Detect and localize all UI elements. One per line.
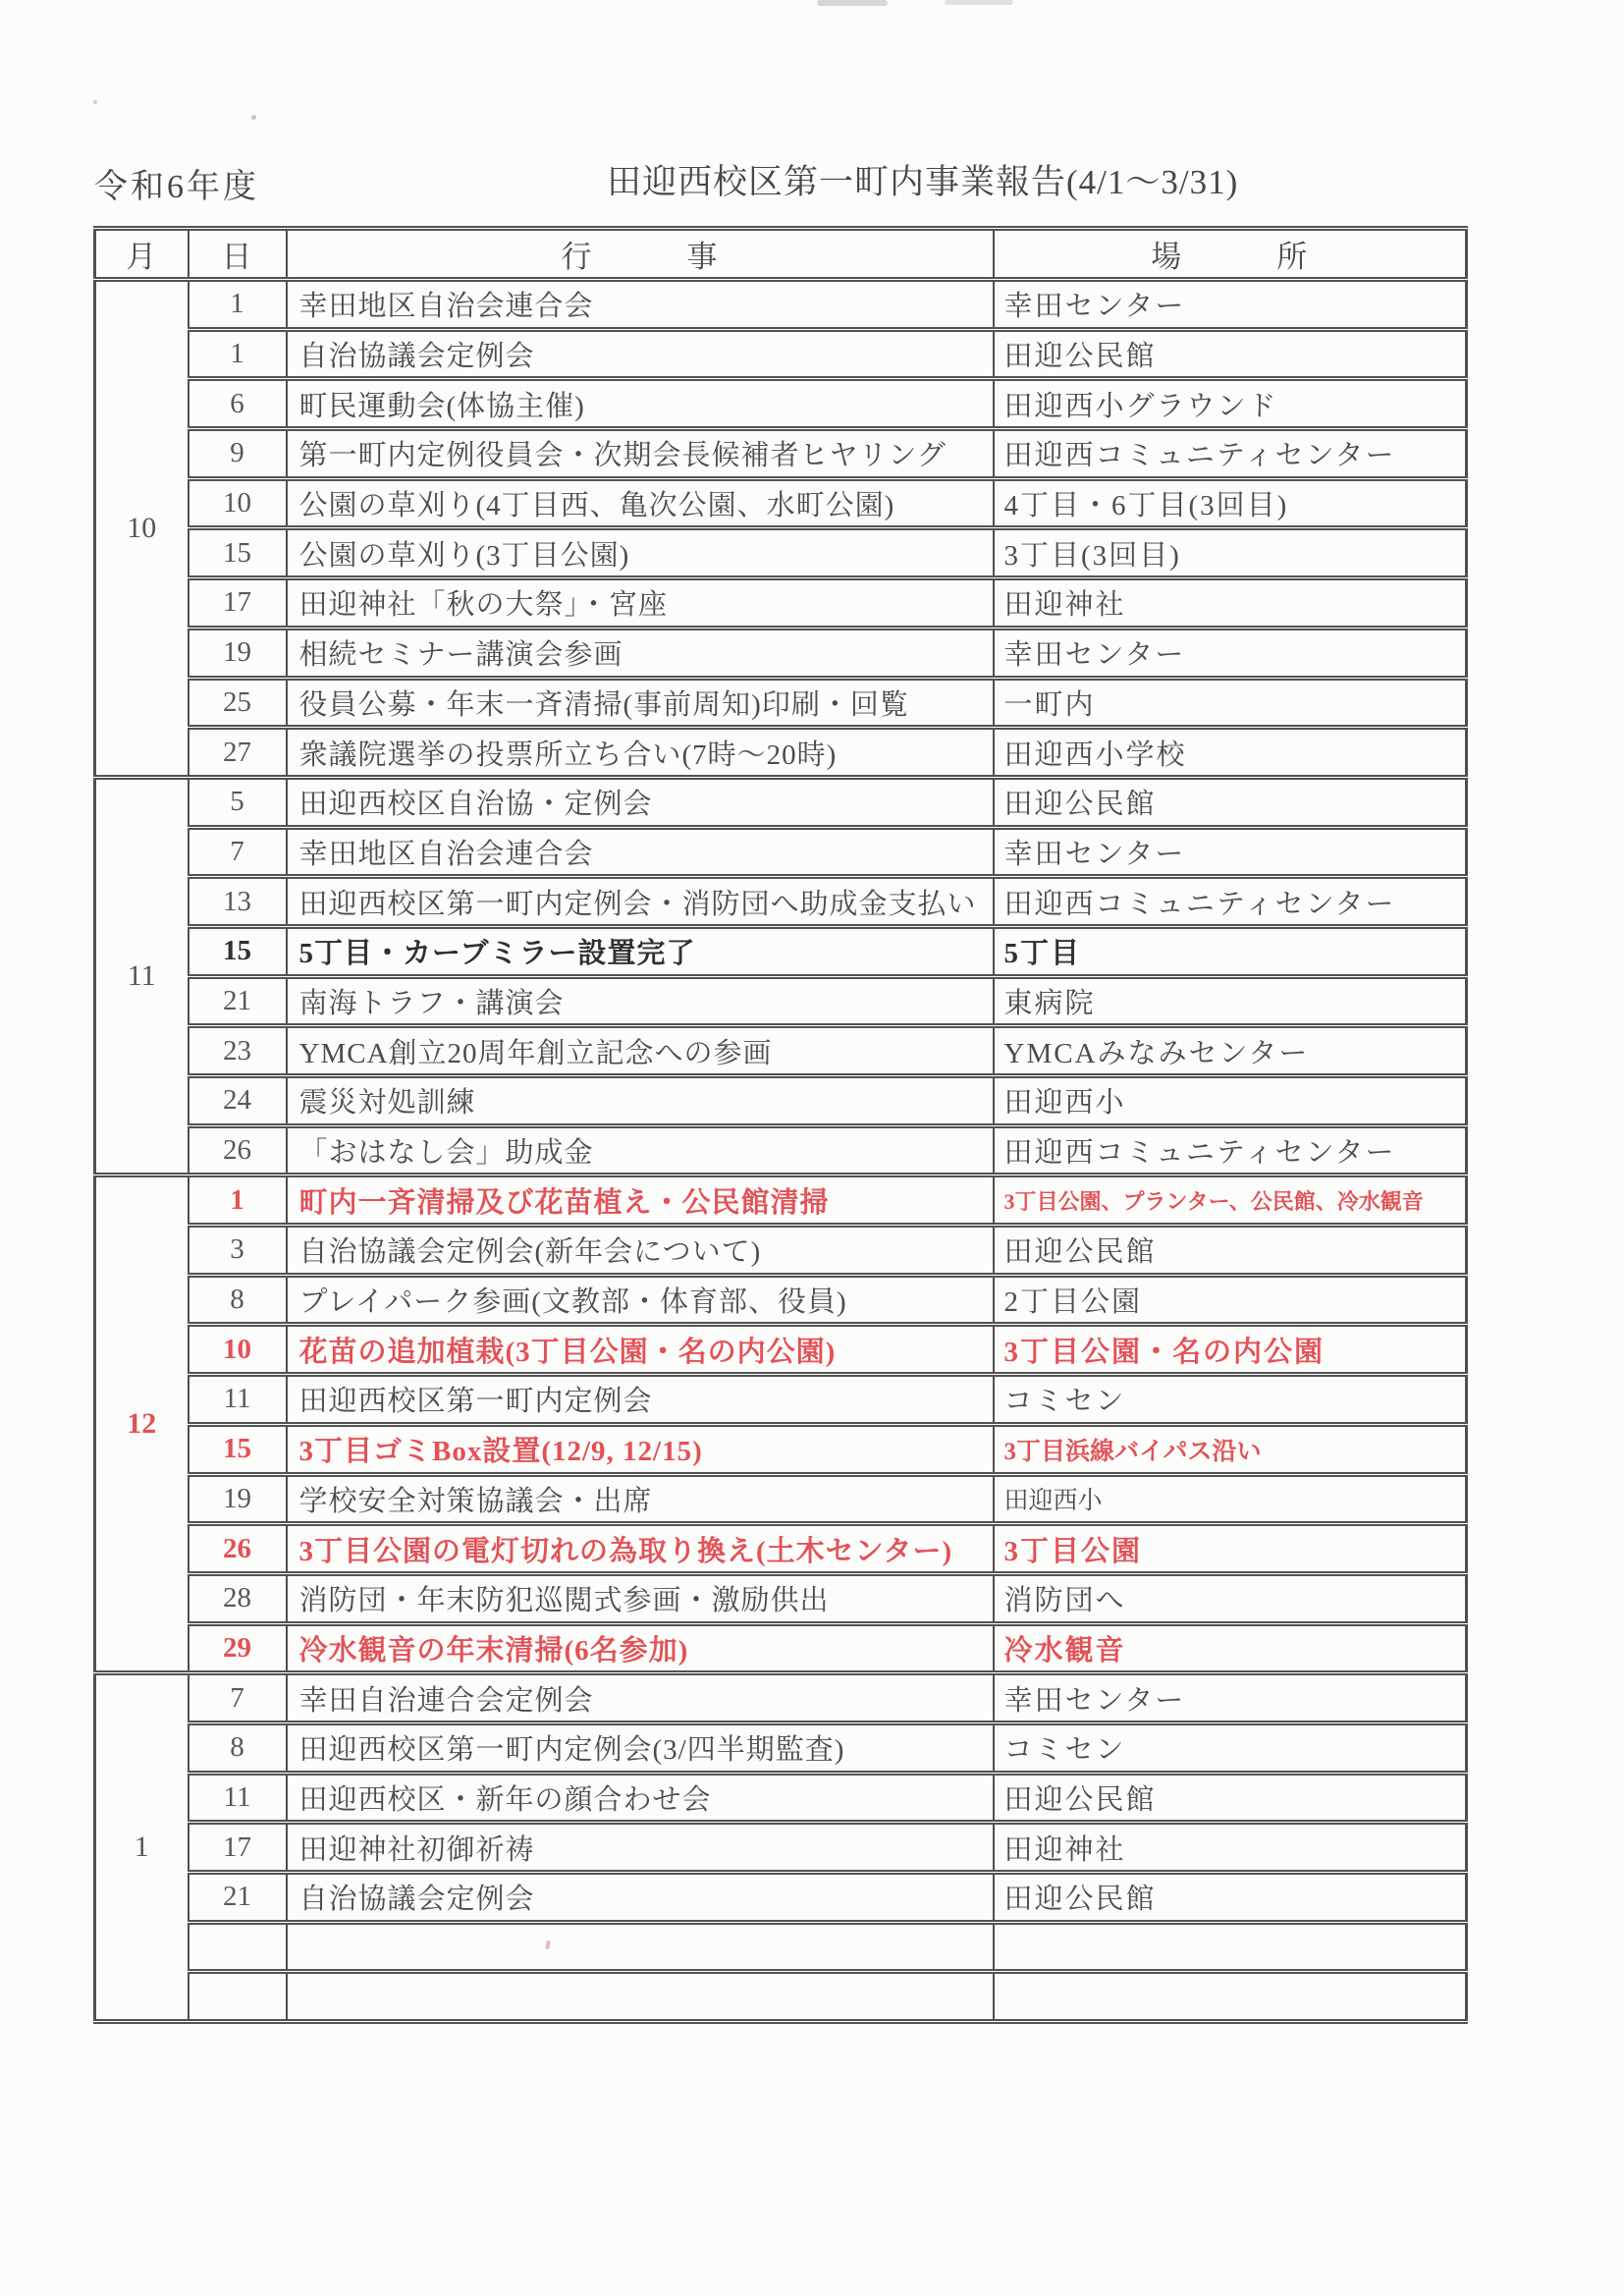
place-cell: コミセン [994, 1375, 1467, 1425]
day-cell: 8 [189, 1722, 287, 1773]
table-row: 6町民運動会(体協主催)田迎西小グラウンド [95, 379, 1467, 429]
day-cell: 15 [189, 1424, 287, 1474]
table-row: 25役員公募・年末一斉清掃(事前周知)印刷・回覧一町内 [95, 678, 1467, 728]
event-cell: 「おはなし会」助成金 [287, 1125, 994, 1175]
event-cell: YMCA創立20周年創立記念への参画 [287, 1026, 994, 1076]
place-cell: 幸田センター [994, 827, 1467, 877]
day-cell: 9 [189, 429, 287, 479]
day-cell: 23 [189, 1026, 287, 1076]
day-cell: 26 [189, 1125, 287, 1175]
day-cell: 7 [189, 1673, 287, 1723]
day-cell: 1 [189, 1175, 287, 1226]
table-row: 11田迎西校区第一町内定例会コミセン [95, 1375, 1467, 1425]
event-cell: 田迎神社初御祈祷 [287, 1823, 994, 1873]
event-cell: 公園の草刈り(4丁目西、亀次公園、水町公園) [287, 478, 994, 528]
table-row: 8田迎西校区第一町内定例会(3/四半期監査)コミセン [95, 1722, 1467, 1773]
table-row [95, 1922, 1467, 1972]
event-cell: 田迎西校区・新年の顔合わせ会 [287, 1773, 994, 1823]
day-cell: 28 [189, 1573, 287, 1623]
scan-artifact [817, 0, 888, 6]
day-cell: 8 [189, 1275, 287, 1325]
table-row: 8プレイパーク参画(文教部・体育部、役員)2丁目公園 [95, 1275, 1467, 1325]
place-cell: 3丁目公園、プランター、公民館、冷水観音 [994, 1175, 1467, 1226]
table-row: 9第一町内定例役員会・次期会長候補者ヒヤリング田迎西コミュニティセンター [95, 429, 1467, 479]
day-cell: 24 [189, 1076, 287, 1126]
table-header-row: 月 日 行 事 場 所 [95, 229, 1467, 280]
place-cell: 消防団へ [994, 1573, 1467, 1623]
place-cell: 3丁目公園 [994, 1524, 1467, 1574]
day-cell: 19 [189, 1474, 287, 1524]
table-row: 10花苗の追加植栽(3丁目公園・名の内公園)3丁目公園・名の内公園 [95, 1325, 1467, 1375]
event-cell: 田迎西校区第一町内定例会・消防団へ助成金支払い [287, 877, 994, 927]
event-cell: 消防団・年末防犯巡閲式参画・激励供出 [287, 1573, 994, 1623]
table-row: 19相続セミナー講演会参画幸田センター [95, 628, 1467, 678]
place-cell: 3丁目公園・名の内公園 [994, 1325, 1467, 1375]
place-cell: 冷水観音 [994, 1623, 1467, 1673]
table-row: 15公園の草刈り(3丁目公園)3丁目(3回目) [95, 528, 1467, 578]
event-cell: 幸田地区自治会連合会 [287, 827, 994, 877]
day-column-header: 日 [189, 229, 287, 280]
schedule-table: 月 日 行 事 場 所 101幸田地区自治会連合会幸田センター1自治協議会定例会… [93, 226, 1468, 2024]
day-cell [189, 1972, 287, 2022]
day-cell: 15 [189, 926, 287, 976]
day-cell [189, 1922, 287, 1972]
month-cell: 10 [95, 280, 189, 778]
month-cell: 12 [95, 1175, 189, 1673]
month-column-header: 月 [95, 229, 189, 280]
day-cell: 15 [189, 528, 287, 578]
day-cell: 10 [189, 1325, 287, 1375]
event-cell: 公園の草刈り(3丁目公園) [287, 528, 994, 578]
event-cell: 自治協議会定例会(新年会について) [287, 1226, 994, 1276]
event-cell: 冷水観音の年末清掃(6名参加) [287, 1623, 994, 1673]
scan-artifact [93, 100, 97, 104]
day-cell: 13 [189, 877, 287, 927]
place-cell: 2丁目公園 [994, 1275, 1467, 1325]
table-row: 115田迎西校区自治協・定例会田迎公民館 [95, 777, 1467, 827]
table-row: 29冷水観音の年末清掃(6名参加)冷水観音 [95, 1623, 1467, 1673]
event-cell: 役員公募・年末一斉清掃(事前周知)印刷・回覧 [287, 678, 994, 728]
event-cell: 自治協議会定例会 [287, 329, 994, 379]
table-row: 121町内一斉清掃及び花苗植え・公民館清掃3丁目公園、プランター、公民館、冷水観… [95, 1175, 1467, 1226]
place-cell: 東病院 [994, 976, 1467, 1026]
place-cell: 田迎神社 [994, 578, 1467, 629]
event-cell: 田迎西校区自治協・定例会 [287, 777, 994, 827]
place-cell: 田迎西コミュニティセンター [994, 429, 1467, 479]
event-cell: 田迎西校区第一町内定例会 [287, 1375, 994, 1425]
table-row: 23YMCA創立20周年創立記念への参画YMCAみなみセンター [95, 1026, 1467, 1076]
event-cell [287, 1972, 994, 2022]
table-row: 13田迎西校区第一町内定例会・消防団へ助成金支払い田迎西コミュニティセンター [95, 877, 1467, 927]
event-cell [287, 1922, 994, 1972]
table-row: 11田迎西校区・新年の顔合わせ会田迎公民館 [95, 1773, 1467, 1823]
event-cell: 3丁目公園の電灯切れの為取り換え(土木センター) [287, 1524, 994, 1574]
day-cell: 7 [189, 827, 287, 877]
event-cell: 田迎西校区第一町内定例会(3/四半期監査) [287, 1722, 994, 1773]
day-cell: 11 [189, 1773, 287, 1823]
table-row: 27衆議院選挙の投票所立ち合い(7時～20時)田迎西小学校 [95, 728, 1467, 778]
place-column-header: 場 所 [994, 229, 1467, 280]
day-cell: 19 [189, 628, 287, 678]
place-cell: 田迎公民館 [994, 1873, 1467, 1923]
place-cell: 田迎西コミュニティセンター [994, 877, 1467, 927]
table-row: 21自治協議会定例会田迎公民館 [95, 1873, 1467, 1923]
table-row: 1自治協議会定例会田迎公民館 [95, 329, 1467, 379]
table-row: 10公園の草刈り(4丁目西、亀次公園、水町公園)4丁目・6丁目(3回目) [95, 478, 1467, 528]
place-cell: 田迎西小学校 [994, 728, 1467, 778]
day-cell: 1 [189, 329, 287, 379]
place-cell: 田迎神社 [994, 1823, 1467, 1873]
event-cell: 学校安全対策協議会・出席 [287, 1474, 994, 1524]
table-row: 263丁目公園の電灯切れの為取り換え(土木センター)3丁目公園 [95, 1524, 1467, 1574]
place-cell: 5丁目 [994, 926, 1467, 976]
month-cell: 11 [95, 777, 189, 1175]
table-row: 19学校安全対策協議会・出席田迎西小 [95, 1474, 1467, 1524]
place-cell: YMCAみなみセンター [994, 1026, 1467, 1076]
event-cell: 衆議院選挙の投票所立ち合い(7時～20時) [287, 728, 994, 778]
table-row: 17田迎神社初御祈祷田迎神社 [95, 1823, 1467, 1873]
place-cell: 幸田センター [994, 280, 1467, 330]
scan-artifact [945, 0, 1013, 5]
day-cell: 3 [189, 1226, 287, 1276]
schedule-table-body: 101幸田地区自治会連合会幸田センター1自治協議会定例会田迎公民館6町民運動会(… [95, 280, 1467, 2022]
day-cell: 25 [189, 678, 287, 728]
place-cell: 田迎西小 [994, 1474, 1467, 1524]
place-cell: 田迎公民館 [994, 777, 1467, 827]
table-row: 17田迎神社「秋の大祭」・宮座田迎神社 [95, 578, 1467, 629]
day-cell: 21 [189, 976, 287, 1026]
table-row [95, 1972, 1467, 2022]
place-cell: コミセン [994, 1722, 1467, 1773]
event-cell: 田迎神社「秋の大祭」・宮座 [287, 578, 994, 629]
event-cell: 自治協議会定例会 [287, 1873, 994, 1923]
table-row: 21南海トラフ・講演会東病院 [95, 976, 1467, 1026]
event-cell: 3丁目ゴミBox設置(12/9, 12/15) [287, 1424, 994, 1474]
place-cell: 田迎公民館 [994, 1773, 1467, 1823]
day-cell: 10 [189, 478, 287, 528]
month-cell: 1 [95, 1673, 189, 2022]
table-row: 7幸田地区自治会連合会幸田センター [95, 827, 1467, 877]
scanned-document-page: 令和6年度 田迎西校区第一町内事業報告(4/1～3/31) 月 日 行 事 場 … [0, 0, 1624, 2296]
event-cell: プレイパーク参画(文教部・体育部、役員) [287, 1275, 994, 1325]
event-cell: 第一町内定例役員会・次期会長候補者ヒヤリング [287, 429, 994, 479]
place-cell: 幸田センター [994, 1673, 1467, 1723]
event-cell: 南海トラフ・講演会 [287, 976, 994, 1026]
place-cell: 田迎西コミュニティセンター [994, 1125, 1467, 1175]
day-cell: 27 [189, 728, 287, 778]
day-cell: 17 [189, 578, 287, 629]
table-row: 155丁目・カーブミラー設置完了5丁目 [95, 926, 1467, 976]
event-cell: 震災対処訓練 [287, 1076, 994, 1126]
event-cell: 町民運動会(体協主催) [287, 379, 994, 429]
event-cell: 幸田地区自治会連合会 [287, 280, 994, 330]
place-cell: 3丁目(3回目) [994, 528, 1467, 578]
table-row: 101幸田地区自治会連合会幸田センター [95, 280, 1467, 330]
place-cell [994, 1972, 1467, 2022]
place-cell: 一町内 [994, 678, 1467, 728]
scan-artifact [251, 115, 256, 120]
event-cell: 5丁目・カーブミラー設置完了 [287, 926, 994, 976]
place-cell: 田迎公民館 [994, 1226, 1467, 1276]
place-cell: 幸田センター [994, 628, 1467, 678]
fiscal-year-label: 令和6年度 [94, 159, 259, 207]
place-cell: 田迎西小グラウンド [994, 379, 1467, 429]
day-cell: 21 [189, 1873, 287, 1923]
event-cell: 町内一斉清掃及び花苗植え・公民館清掃 [287, 1175, 994, 1226]
table-row: 26「おはなし会」助成金田迎西コミュニティセンター [95, 1125, 1467, 1175]
day-cell: 11 [189, 1375, 287, 1425]
day-cell: 1 [189, 280, 287, 330]
event-cell: 相続セミナー講演会参画 [287, 628, 994, 678]
place-cell: 4丁目・6丁目(3回目) [994, 478, 1467, 528]
page-title: 田迎西校区第一町内事業報告(4/1～3/31) [607, 155, 1238, 204]
event-cell: 幸田自治連合会定例会 [287, 1673, 994, 1723]
table-row: 24震災対処訓練田迎西小 [95, 1076, 1467, 1126]
table-row: 3自治協議会定例会(新年会について)田迎公民館 [95, 1226, 1467, 1276]
day-cell: 6 [189, 379, 287, 429]
day-cell: 26 [189, 1524, 287, 1574]
place-cell: 田迎西小 [994, 1076, 1467, 1126]
day-cell: 29 [189, 1623, 287, 1673]
event-cell: 花苗の追加植栽(3丁目公園・名の内公園) [287, 1325, 994, 1375]
day-cell: 17 [189, 1823, 287, 1873]
place-cell: 3丁目浜線バイパス沿い [994, 1424, 1467, 1474]
table-row: 17幸田自治連合会定例会幸田センター [95, 1673, 1467, 1723]
place-cell: 田迎公民館 [994, 329, 1467, 379]
table-row: 153丁目ゴミBox設置(12/9, 12/15)3丁目浜線バイパス沿い [95, 1424, 1467, 1474]
day-cell: 5 [189, 777, 287, 827]
place-cell [994, 1922, 1467, 1972]
table-row: 28消防団・年末防犯巡閲式参画・激励供出消防団へ [95, 1573, 1467, 1623]
event-column-header: 行 事 [287, 229, 994, 280]
